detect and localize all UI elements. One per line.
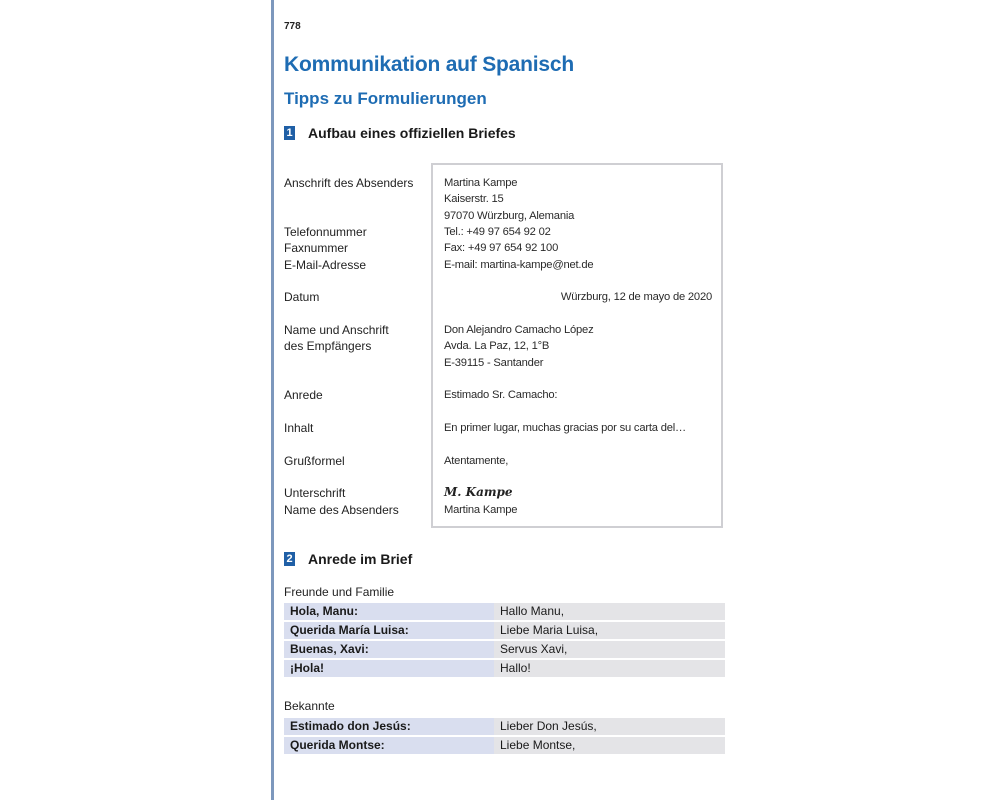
german-salutation: Hallo Manu,	[494, 603, 725, 620]
letter-recipient-city: E-39115 - Santander	[444, 355, 543, 371]
page-number: 778	[284, 21, 301, 32]
label-recipient-2: des Empfängers	[284, 338, 371, 354]
german-salutation: Lieber Don Jesús,	[494, 718, 725, 735]
spanish-salutation: Querida María Luisa:	[284, 622, 494, 639]
letter-printed-name: Martina Kampe	[444, 502, 517, 518]
letter-fax: Fax: +49 97 654 92 100	[444, 240, 558, 256]
page-subtitle: Tipps zu Formulierungen	[284, 89, 487, 109]
section-1-heading: 1 Aufbau eines offiziellen Briefes	[284, 125, 516, 141]
letter-sender-street: Kaiserstr. 15	[444, 191, 504, 207]
section-number-badge: 1	[284, 126, 295, 140]
german-salutation: Liebe Montse,	[494, 737, 725, 754]
letter-phone: Tel.: +49 97 654 92 02	[444, 224, 551, 240]
label-content: Inhalt	[284, 420, 313, 436]
german-salutation: Servus Xavi,	[494, 641, 725, 658]
spanish-salutation: Buenas, Xavi:	[284, 641, 494, 658]
page-title: Kommunikation auf Spanisch	[284, 53, 574, 77]
letter-recipient-name: Don Alejandro Camacho López	[444, 322, 593, 338]
german-salutation: Hallo!	[494, 660, 725, 677]
section-2-heading: 2 Anrede im Brief	[284, 551, 412, 567]
salutation-table-acquaintances: Estimado don Jesús: Lieber Don Jesús, Qu…	[284, 716, 725, 756]
spanish-salutation: Hola, Manu:	[284, 603, 494, 620]
label-salutation: Anrede	[284, 387, 323, 403]
section-2-title: Anrede im Brief	[308, 551, 412, 567]
table-row: ¡Hola! Hallo!	[284, 660, 725, 677]
label-date: Datum	[284, 289, 319, 305]
letter-sender-city: 97070 Würzburg, Alemania	[444, 208, 574, 224]
label-signature: Unterschrift	[284, 485, 345, 501]
table-row: Hola, Manu: Hallo Manu,	[284, 603, 725, 620]
table-row: Estimado don Jesús: Lieber Don Jesús,	[284, 718, 725, 735]
letter-salutation: Estimado Sr. Camacho:	[444, 387, 557, 403]
table-row: Querida María Luisa: Liebe Maria Luisa,	[284, 622, 725, 639]
section-1-title: Aufbau eines offiziellen Briefes	[308, 125, 516, 141]
label-sender-name: Name des Absenders	[284, 502, 399, 518]
letter-recipient-street: Avda. La Paz, 12, 1°B	[444, 338, 549, 354]
table-row: Querida Montse: Liebe Montse,	[284, 737, 725, 754]
salutation-table-friends-family: Hola, Manu: Hallo Manu, Querida María Lu…	[284, 601, 725, 679]
letter-sender-name: Martina Kampe	[444, 175, 517, 191]
letter-email: E-mail: martina-kampe@net.de	[444, 257, 593, 273]
section-number-badge: 2	[284, 552, 295, 566]
label-email: E-Mail-Adresse	[284, 257, 366, 273]
letter-closing: Atentamente,	[444, 453, 508, 469]
spanish-salutation: Querida Montse:	[284, 737, 494, 754]
label-recipient-1: Name und Anschrift	[284, 322, 389, 338]
letter-content: En primer lugar, muchas gracias por su c…	[444, 420, 686, 436]
page-edge-line	[271, 0, 274, 800]
group-label-acquaintances: Bekannte	[284, 699, 335, 713]
spanish-salutation: ¡Hola!	[284, 660, 494, 677]
label-sender-address: Anschrift des Absenders	[284, 175, 413, 191]
letter-signature: M. Kampe	[444, 485, 513, 499]
label-closing: Grußformel	[284, 453, 345, 469]
letter-date: Würzburg, 12 de mayo de 2020	[561, 289, 712, 305]
table-row: Buenas, Xavi: Servus Xavi,	[284, 641, 725, 658]
german-salutation: Liebe Maria Luisa,	[494, 622, 725, 639]
spanish-salutation: Estimado don Jesús:	[284, 718, 494, 735]
label-fax: Faxnummer	[284, 240, 348, 256]
group-label-friends-family: Freunde und Familie	[284, 585, 394, 599]
label-phone: Telefonnummer	[284, 224, 367, 240]
